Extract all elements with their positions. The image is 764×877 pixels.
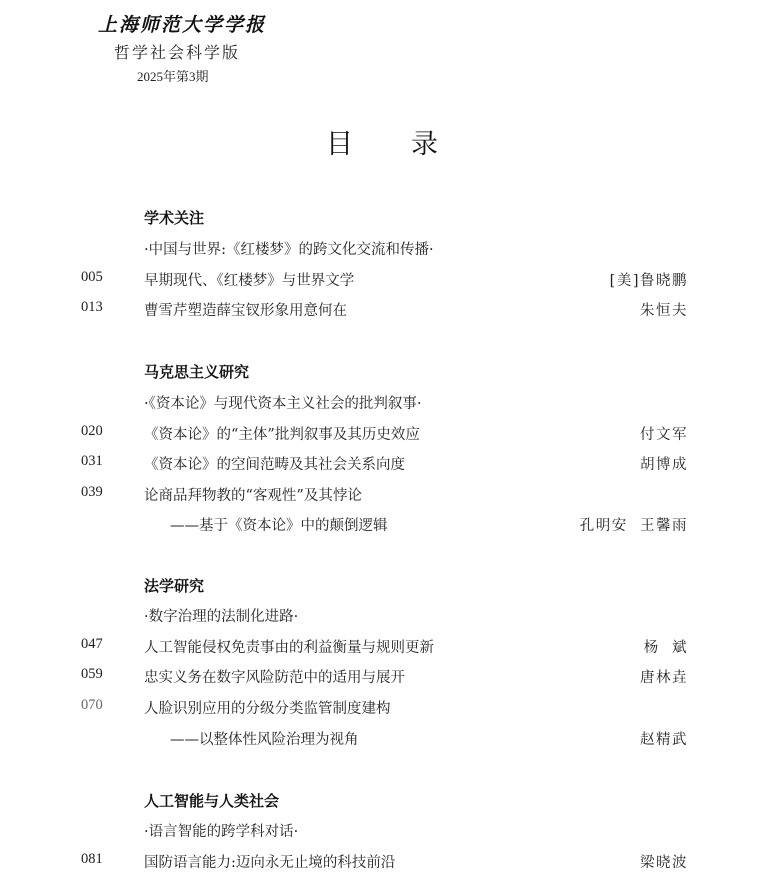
toc-entry[interactable]: 081 国防语言能力:迈向永无止境的科技前沿 梁晓波	[0, 851, 764, 873]
page-number: 047	[81, 636, 103, 653]
section-heading: 马克思主义研究	[144, 361, 249, 382]
issue-number: 2025年第3期	[137, 66, 209, 85]
column-heading-row: ·《资本论》与现代资本主义社会的批判叙事·	[0, 392, 764, 414]
page-title-part-2: 录	[411, 122, 438, 161]
column-heading: ·语言智能的跨学科对话·	[144, 820, 298, 841]
toc-entry[interactable]: 013 曹雪芹塑造薛宝钗形象用意何在 朱恒夫	[0, 299, 764, 321]
page-number: 070	[81, 697, 103, 714]
section-heading-row: 学术关注	[0, 207, 764, 229]
article-title[interactable]: 忠实义务在数字风险防范中的适用与展开	[144, 666, 405, 687]
article-subtitle[interactable]: ——基于《资本论》中的颠倒逻辑	[170, 514, 388, 535]
article-title[interactable]: 人工智能侵权免责事由的利益衡量与规则更新	[144, 636, 434, 657]
column-heading-row: ·中国与世界:《红楼梦》的跨文化交流和传播·	[0, 238, 764, 260]
toc-entry[interactable]: 070 人脸识别应用的分级分类监管制度建构	[0, 697, 764, 719]
toc-entry[interactable]: 020 《资本论》的“主体”批判叙事及其历史效应 付文军	[0, 423, 764, 445]
masthead: 上海师范大学学报 哲学社会科学版 2025年第3期	[0, 0, 764, 90]
column-heading: ·《资本论》与现代资本主义社会的批判叙事·	[144, 392, 421, 413]
article-title[interactable]: 国防语言能力:迈向永无止境的科技前沿	[144, 851, 395, 872]
toc-entry-continued[interactable]: ——以整体性风险治理为视角 赵精武	[0, 728, 764, 750]
page-number: 013	[81, 299, 103, 316]
page-title-part-1: 目	[326, 122, 353, 161]
page-number: 031	[81, 453, 103, 470]
toc-entry[interactable]: 039 论商品拜物教的“客观性”及其悖论	[0, 484, 764, 506]
toc-entry[interactable]: 059 忠实义务在数字风险防范中的适用与展开 唐林垚	[0, 666, 764, 688]
article-author: 唐林垚	[640, 666, 688, 687]
section-heading-row: 法学研究	[0, 575, 764, 597]
section-heading: 人工智能与人类社会	[144, 790, 279, 811]
section-heading-row: 人工智能与人类社会	[0, 790, 764, 812]
article-author: 付文军	[640, 423, 688, 444]
toc-entry[interactable]: 005 早期现代、《红楼梦》与世界文学 [美]鲁晓鹏	[0, 269, 764, 291]
page-number: 059	[81, 666, 103, 683]
article-title[interactable]: 早期现代、《红楼梦》与世界文学	[144, 269, 354, 290]
article-author: 孔明安 王馨雨	[580, 514, 688, 535]
column-heading-row: ·数字治理的法制化进路·	[0, 605, 764, 627]
toc-entry[interactable]: 031 《资本论》的空间范畴及其社会关系向度 胡博成	[0, 453, 764, 475]
column-heading: ·中国与世界:《红楼梦》的跨文化交流和传播·	[144, 238, 434, 259]
article-author: 杨 斌	[644, 636, 688, 657]
toc-entry-continued[interactable]: ——基于《资本论》中的颠倒逻辑 孔明安 王馨雨	[0, 514, 764, 536]
article-title[interactable]: 论商品拜物教的“客观性”及其悖论	[144, 484, 362, 505]
journal-name: 上海师范大学学报	[98, 10, 266, 37]
article-author: 朱恒夫	[640, 299, 688, 320]
journal-edition: 哲学社会科学版	[114, 40, 240, 63]
page-number: 081	[81, 851, 103, 868]
article-title[interactable]: 《资本论》的“主体”批判叙事及其历史效应	[144, 423, 420, 444]
article-author: 赵精武	[640, 728, 688, 749]
article-author: 梁晓波	[640, 851, 688, 872]
section-heading-row: 马克思主义研究	[0, 361, 764, 383]
article-title[interactable]: 人脸识别应用的分级分类监管制度建构	[144, 697, 391, 718]
article-title[interactable]: 曹雪芹塑造薛宝钗形象用意何在	[144, 299, 347, 320]
article-author: [美]鲁晓鹏	[610, 269, 688, 290]
column-heading-row: ·语言智能的跨学科对话·	[0, 820, 764, 842]
page-number: 020	[81, 423, 103, 440]
page-title: 目录	[0, 122, 764, 161]
section-heading: 学术关注	[144, 207, 204, 228]
page-number: 039	[81, 484, 103, 501]
section-heading: 法学研究	[144, 575, 204, 596]
article-subtitle[interactable]: ——以整体性风险治理为视角	[170, 728, 359, 749]
toc-entry[interactable]: 047 人工智能侵权免责事由的利益衡量与规则更新 杨 斌	[0, 636, 764, 658]
column-heading: ·数字治理的法制化进路·	[144, 605, 298, 626]
article-title[interactable]: 《资本论》的空间范畴及其社会关系向度	[144, 453, 405, 474]
article-author: 胡博成	[640, 453, 688, 474]
page-number: 005	[81, 269, 103, 286]
